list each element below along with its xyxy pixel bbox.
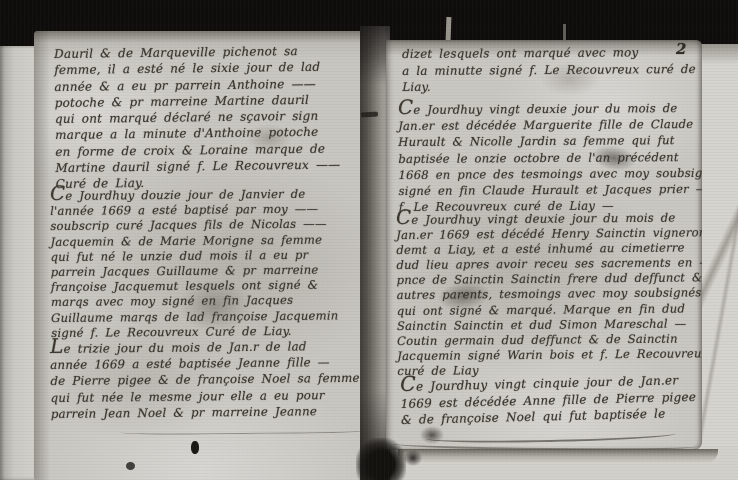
left-leaf-bottom-edge [120,424,370,435]
stain [540,62,600,96]
manuscript-line: signé en fin Claude Hurault et Jacques p… [399,181,701,199]
register-entry: Le trizie jour du mois de Jan.r de ladan… [50,337,359,422]
manuscript-register-photo: Dauril & de Marqueville pichenot safemme… [0,0,738,480]
stain [178,280,252,332]
gutter-ink-blot [356,438,406,480]
paper-tab [446,17,452,41]
ink-speck [126,462,135,470]
stain [246,124,292,152]
manuscript-line: Hurault & Nicolle Jardin sa femme qui fu… [398,132,700,150]
right-page: 2 dizet lesquels ont marqué avec moya la… [386,40,702,450]
right-page-shadow [398,449,718,463]
manuscript-line: baptisée le onzie octobre de l'an précéd… [398,148,700,166]
ink-speck [191,441,199,454]
underlying-page-edge-left [0,46,38,480]
register-entry: Dauril & de Marqueville pichenot safemme… [54,42,358,192]
manuscript-line: parrein Jean Noel & pr marreine Jeanne [51,403,359,422]
left-page: Dauril & de Marqueville pichenot safemme… [34,31,370,480]
register-entry: Ce Jourdhuy vingt cinquie jour de Jan.er… [400,371,693,429]
book-fore-edge [701,44,738,480]
manuscript-line: dizet lesquels ont marqué avec moy [402,44,694,63]
ink-blot [404,450,422,466]
ink-blot [420,426,444,444]
manuscript-line: Jacquemin & de Marie Morigne sa femme [50,232,358,250]
binding-thread [361,112,378,118]
register-entry: Ce Jourdhuy vingt deuxie jour du mois de… [398,100,701,216]
manuscript-line: Jacquemin signé Warin bois et f. Le Reco… [397,346,701,364]
